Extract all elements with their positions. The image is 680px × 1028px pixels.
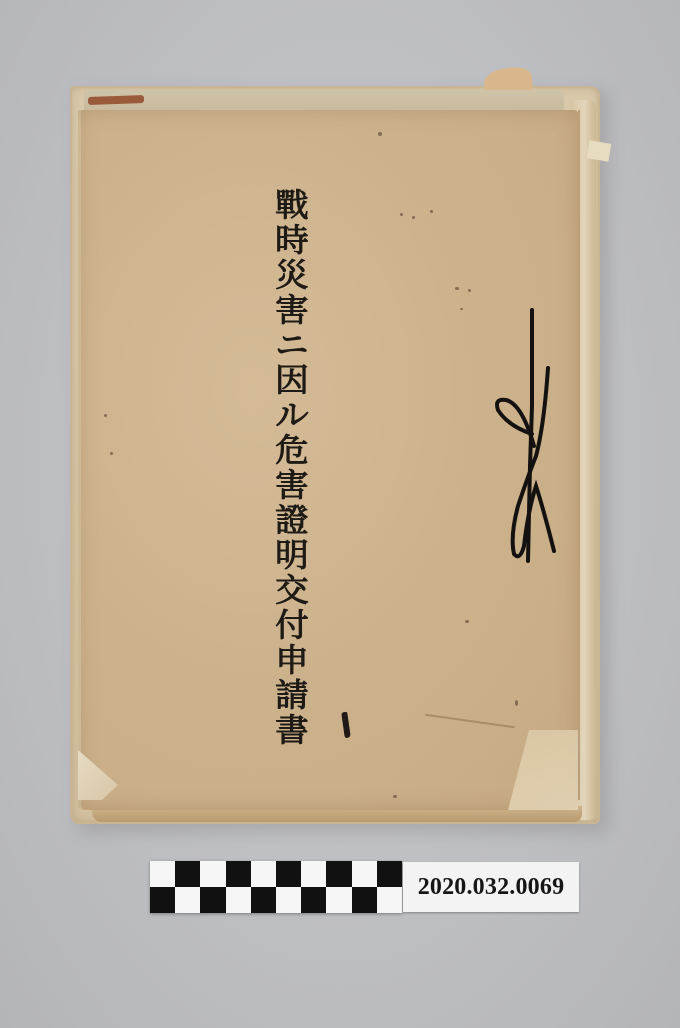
title-char: 時 <box>265 223 320 258</box>
foxing-speck <box>378 132 382 136</box>
title-char: 明 <box>265 538 320 573</box>
scale-cell <box>377 887 402 913</box>
scale-cell <box>326 861 351 887</box>
title-char: 證 <box>265 503 320 538</box>
scale-cell <box>301 861 326 887</box>
scale-cell <box>150 887 175 913</box>
foxing-speck <box>430 210 433 213</box>
scale-cell <box>301 887 326 913</box>
foxing-speck <box>515 700 518 706</box>
scale-cell <box>352 861 377 887</box>
foxing-speck <box>393 795 397 798</box>
scale-cell <box>377 861 402 887</box>
color-scale-bar <box>150 861 402 913</box>
foxing-speck <box>400 213 403 216</box>
title-char: 危 <box>265 433 320 468</box>
string-tie-icon <box>488 306 568 566</box>
title-char: 害 <box>265 293 320 328</box>
scale-cell <box>226 861 251 887</box>
page-edge-line <box>578 110 580 800</box>
scale-cell <box>200 861 225 887</box>
title-char: 因 <box>265 363 320 398</box>
title-char: 害 <box>265 468 320 503</box>
title-char: 書 <box>265 713 320 748</box>
scale-cell <box>150 861 175 887</box>
title-char: 申 <box>265 643 320 678</box>
foxing-speck <box>465 620 469 623</box>
scale-cell <box>352 887 377 913</box>
scale-cell <box>175 887 200 913</box>
foxing-speck <box>412 216 415 219</box>
foxing-speck <box>460 308 463 310</box>
title-char: 災 <box>265 258 320 293</box>
foxing-speck <box>468 289 471 292</box>
document-title-vertical: 戰 時 災 害 ニ 因 ル 危 害 證 明 交 付 申 請 書 <box>262 188 322 748</box>
title-char: 請 <box>265 678 320 713</box>
title-char: 付 <box>265 608 320 643</box>
scale-cell <box>226 887 251 913</box>
scale-cell <box>326 887 351 913</box>
scale-cell <box>200 887 225 913</box>
foxing-speck <box>104 414 107 417</box>
title-char: 戰 <box>265 188 320 223</box>
title-char: 交 <box>265 573 320 608</box>
artifact-photograph: 戰 時 災 害 ニ 因 ル 危 害 證 明 交 付 申 請 書 <box>0 0 680 1028</box>
accession-number-label: 2020.032.0069 <box>403 862 579 912</box>
scale-cell <box>175 861 200 887</box>
scale-cell <box>251 887 276 913</box>
paper-flap <box>587 140 612 162</box>
scale-cell <box>251 861 276 887</box>
title-char: ニ <box>265 328 320 363</box>
title-char: ル <box>265 398 320 433</box>
foxing-speck <box>455 287 459 290</box>
foxing-speck <box>110 452 113 455</box>
scale-cell <box>276 887 301 913</box>
scale-cell <box>276 861 301 887</box>
